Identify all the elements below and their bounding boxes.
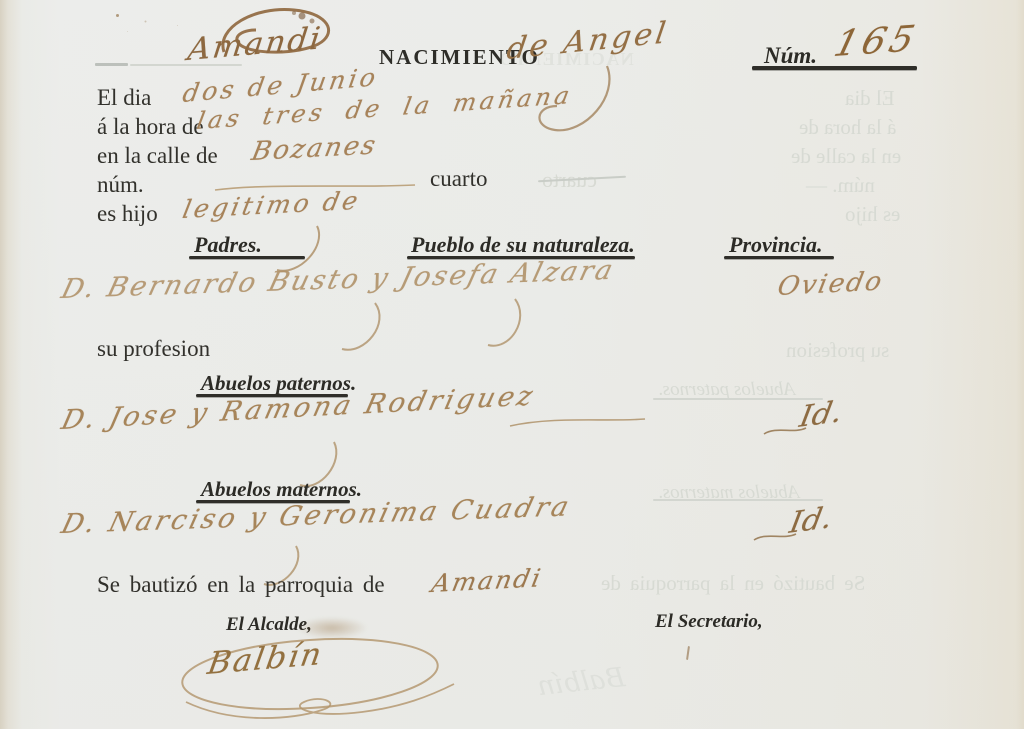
paternos-tail-stroke — [505, 412, 650, 434]
bleed-paternos-underline — [653, 398, 823, 400]
bleed-profesion: su profesion — [786, 338, 889, 363]
field-label-hora: á la hora de — [97, 114, 204, 140]
parents-flourishes — [330, 295, 560, 360]
field-label-cuarto: cuarto — [430, 166, 487, 192]
bleed-rule-top — [95, 63, 128, 66]
bleed-rule-top2 — [130, 64, 242, 66]
bleed-num: núm. — — [806, 173, 875, 198]
bleed-bautizo: Se bautizó en la parroquia de — [601, 571, 865, 596]
num-value-handwritten: 165 — [830, 18, 923, 65]
bleed-hijo: es hijo — [845, 202, 900, 227]
bleed-dia: El dia — [845, 86, 895, 111]
field-value-hijo: legitimo de — [180, 186, 363, 224]
header-provincia: Provincia. — [729, 232, 823, 258]
header-abuelos-maternos: Abuelos maternos. — [201, 477, 362, 502]
bautizo-label: Se bautizó en la parroquia de — [97, 572, 385, 598]
header-padres: Padres. — [194, 232, 262, 258]
num-underline — [752, 66, 917, 70]
padres-underline — [189, 256, 305, 259]
secretario-pen-mark — [686, 646, 690, 660]
ink-speckles — [116, 14, 119, 17]
profesion-label: su profesion — [97, 336, 210, 362]
field-value-calle: Bozanes — [249, 131, 380, 167]
bleed-hora: á la hora de — [799, 115, 896, 140]
bleed-calle: en la calle de — [791, 144, 901, 169]
paternos-id-leadin — [762, 424, 808, 438]
provincia-value-handwritten: Oviedo — [775, 267, 886, 302]
birth-record-page: Amandi NACIMIENTO NACIMIENTO de Angel Nú… — [0, 0, 1024, 729]
field-label-calle: en la calle de — [97, 143, 218, 169]
bleed-maternos-underline — [653, 499, 823, 501]
bleed-ghost-signature: Balbín — [536, 662, 627, 702]
bautizo-parish-handwritten: Amandi — [429, 563, 545, 598]
provincia-underline — [724, 256, 834, 259]
field-label-dia: El dia — [97, 85, 151, 111]
maternos-id-leadin — [752, 530, 798, 544]
secretario-label: El Secretario, — [655, 611, 763, 633]
field-label-num: núm. — [97, 172, 144, 198]
header-pueblo: Pueblo de su naturaleza. — [411, 232, 635, 258]
field-label-hijo: es hijo — [97, 201, 158, 227]
